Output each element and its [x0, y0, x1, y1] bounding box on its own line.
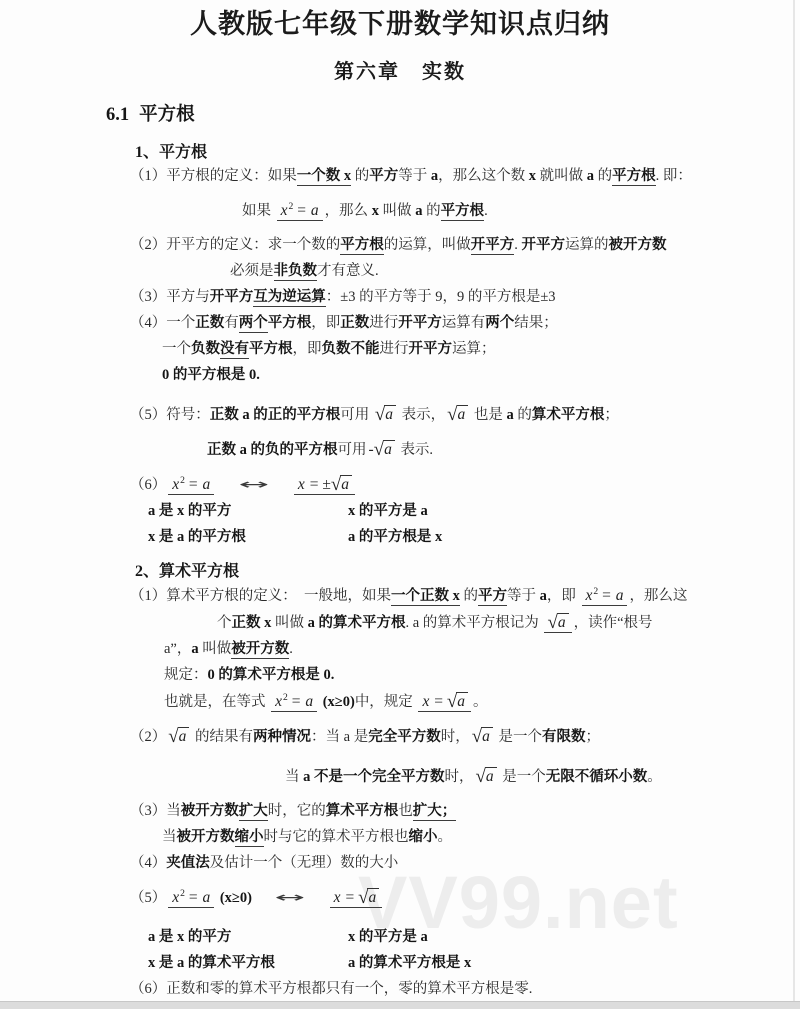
text-run: 两种情况	[253, 729, 311, 745]
text-run: a	[191, 641, 198, 657]
text-run: 负数	[191, 341, 220, 357]
text-line: （6）x2 = a↔x = ±√a	[130, 473, 780, 497]
text-run: x 的平方是 a	[348, 929, 428, 945]
text-run: 的	[351, 168, 369, 184]
text-run: 表示.	[397, 442, 433, 458]
text-run: 正数 a 的负的平方根	[207, 442, 338, 458]
text-run: 等于	[507, 588, 540, 604]
math-formula: x = √a	[330, 889, 383, 908]
text-line: 必须是非负数才有意义.	[230, 260, 780, 283]
text-run: 当	[162, 829, 177, 845]
text-run: 负数不能	[322, 341, 380, 357]
text-run: a	[540, 588, 547, 604]
double-arrow-icon: ↔	[239, 474, 270, 497]
text-run: 当	[285, 769, 303, 785]
text-line: （1）平方根的定义：如果一个数 x 的平方等于 a，那么这个数 x 就叫做 a …	[130, 165, 780, 188]
subsection-heading: 1、平方根	[135, 139, 780, 162]
text-run: 也就是，在等式	[164, 694, 269, 710]
text-run: 无限不循环小数	[546, 769, 648, 785]
text-run: 被开方数	[181, 803, 239, 819]
math-formula: √a	[375, 406, 396, 423]
text-run: 时，	[441, 729, 470, 745]
text-run: （6）	[130, 477, 166, 493]
text-run: 等于	[398, 168, 431, 184]
text-run: 两个	[485, 315, 514, 331]
text-run: 进行	[380, 341, 409, 357]
text-run: ：当 a 是	[311, 729, 368, 745]
text-run: （1）算术平方根的定义： 一般地，如果	[130, 588, 391, 604]
text-line: 也就是，在等式 x2 = a (x≥0)中，规定 x = √a。	[164, 690, 780, 714]
text-run: 才有意义.	[317, 263, 379, 279]
text-run: 表示，	[398, 407, 445, 423]
math-formula: x2 = a	[168, 476, 214, 495]
text-run: 有限数	[542, 729, 586, 745]
text-run: 夹值法	[166, 855, 210, 871]
section-heading: 6.1平方根	[106, 100, 800, 126]
text-run: 0 的算术平方根是 0.	[208, 667, 335, 683]
text-run: 平方根	[340, 237, 384, 255]
text-run: （4）一个	[130, 315, 195, 331]
text-run: x 是 a 的平方根	[148, 529, 246, 545]
math-formula: √a	[447, 406, 468, 423]
square-root-expression: √a	[358, 886, 379, 909]
text-run: 开平方	[522, 237, 566, 253]
text-run: a 的算术平方根	[308, 615, 406, 631]
text-run: 平方	[369, 168, 398, 184]
text-line: （5）x2 = a (x≥0)↔x = √a	[130, 886, 780, 910]
text-run: 非负数	[274, 263, 318, 281]
text-line: 规定：0 的算术平方根是 0.	[164, 664, 780, 687]
text-line: （6）正数和零的算术平方根都只有一个，零的算术平方根是零.	[130, 978, 780, 1001]
text-run: ，即	[547, 588, 580, 604]
two-column-line: a 是 x 的平方x 的平方是 a	[148, 500, 780, 523]
page-right-edge	[793, 0, 795, 1009]
text-line: （2）√a 的结果有两种情况：当 a 是完全平方数时，√a 是一个有限数；	[130, 725, 780, 749]
text-line: 0 的平方根是 0.	[162, 364, 780, 387]
text-run: (x≥0)	[323, 694, 355, 710]
document-body: 1、平方根（1）平方根的定义：如果一个数 x 的平方等于 a，那么这个数 x 就…	[0, 126, 800, 1001]
text-run: 完全平方数	[368, 729, 441, 745]
text-run: 个	[217, 615, 232, 631]
text-run: （3）当	[130, 803, 181, 819]
math-formula: x2 = a	[271, 693, 317, 712]
column-1: x 是 a 的平方根	[148, 526, 348, 549]
text-run: ；	[585, 729, 600, 745]
square-root-expression: √a	[375, 403, 396, 426]
text-run: (x≥0)	[220, 890, 252, 906]
square-root-expression: √a	[476, 765, 497, 788]
text-run: （2）开平方的定义：求一个数的	[130, 237, 340, 253]
math-formula: √a	[472, 728, 493, 745]
text-run: 缩小	[235, 829, 264, 847]
text-line: 个正数 x 叫做 a 的算术平方根. a 的算术平方根记为 √a，读作“根号	[217, 611, 780, 635]
text-run: 必须是	[230, 263, 274, 279]
column-2: x 的平方是 a	[348, 929, 428, 945]
text-line: a”，a 叫做被开方数.	[164, 638, 780, 661]
square-root-expression: √a	[168, 725, 189, 748]
double-arrow-icon: ↔	[275, 887, 306, 910]
text-run: . a 的算术平方根记为	[406, 615, 543, 631]
text-run: 如果	[242, 203, 275, 219]
text-run: ，那么	[325, 203, 372, 219]
text-run: （5）符号：	[130, 407, 210, 423]
text-run: 及估计一个（无理）数的大小	[210, 855, 399, 871]
text-run: （3）平方与	[130, 289, 210, 305]
text-line: 当被开方数缩小时与它的算术平方根也缩小。	[162, 826, 780, 849]
chapter-heading: 第六章 实数	[0, 55, 800, 84]
text-run: 运算；	[452, 341, 496, 357]
text-line: （1）算术平方根的定义： 一般地，如果一个正数 x 的平方等于 a，即 x2 =…	[130, 584, 780, 608]
column-2: a 的算术平方根是 x	[348, 955, 471, 971]
text-run: 平方根	[249, 341, 293, 357]
text-run: 。	[473, 694, 488, 710]
text-run: 是一个	[495, 729, 542, 745]
text-run: 时与它的算术平方根也	[264, 829, 409, 845]
text-run: 正数 a 的正的平方根	[210, 407, 341, 423]
text-run: .	[484, 203, 488, 219]
text-run: 是一个	[499, 769, 546, 785]
text-run: 算术平方根	[532, 407, 605, 423]
section-title: 平方根	[139, 105, 195, 125]
text-run: ；	[604, 407, 619, 423]
text-run: 平方根	[612, 168, 656, 186]
text-run: 被开方数	[177, 829, 235, 845]
text-run: 开平方	[471, 237, 515, 255]
text-line: （3）平方与开平方互为逆运算：±3 的平方等于 9，9 的平方根是±3	[130, 286, 780, 309]
text-run: 的	[460, 588, 478, 604]
text-run: a	[587, 168, 594, 184]
text-run: 的	[514, 407, 532, 423]
text-run: 也	[398, 803, 413, 819]
text-run: a 的算术平方根是 x	[348, 955, 471, 971]
text-run: 一个数 x	[297, 168, 351, 186]
text-run: 正数	[195, 315, 224, 331]
text-run: 正数	[340, 315, 369, 331]
text-run: 叫做	[199, 641, 232, 657]
text-run: 互为逆运算	[253, 289, 326, 307]
text-run: 开平方	[398, 315, 442, 331]
text-run: 运算有	[442, 315, 486, 331]
math-formula: x2 = a	[582, 587, 628, 606]
text-run: 也是	[470, 407, 506, 423]
text-line: （4）一个正数有两个平方根，即正数进行开平方运算有两个结果；	[130, 312, 780, 335]
text-run: ，读作“根号	[574, 615, 653, 631]
text-run: （6）正数和零的算术平方根都只有一个，零的算术平方根是零.	[130, 981, 532, 997]
text-run: 扩大	[239, 803, 268, 821]
text-run: 可用	[340, 407, 373, 423]
math-formula: x2 = a	[168, 889, 214, 908]
text-run: x 的平方是 a	[348, 503, 428, 519]
text-run: 。	[438, 829, 453, 845]
text-line: （4）夹值法及估计一个（无理）数的大小	[130, 852, 780, 875]
text-run: ，那么这	[629, 588, 687, 604]
math-formula: x = √a	[418, 693, 471, 712]
text-run: 扩大；	[413, 803, 457, 821]
math-formula: √a	[168, 728, 189, 745]
text-run: 叫做	[271, 615, 307, 631]
text-run: a 不是一个完全平方数	[303, 769, 444, 785]
text-run: 运算的	[565, 237, 609, 253]
square-root-expression: √a	[447, 403, 468, 426]
text-run: 。	[647, 769, 662, 785]
text-run: .	[289, 641, 293, 657]
math-formula: x2 = a	[277, 202, 323, 221]
text-run: 一个正数 x	[391, 588, 460, 606]
square-root-expression: √a	[447, 690, 468, 713]
text-run: 时，	[445, 769, 474, 785]
text-run: 可用	[338, 442, 367, 458]
math-formula: √a	[476, 768, 497, 785]
text-line: 正数 a 的负的平方根可用-√a 表示.	[207, 438, 780, 462]
text-run: 平方	[478, 588, 507, 606]
text-run: （2）	[130, 729, 166, 745]
square-root-expression: √a	[472, 725, 493, 748]
text-run: a”，	[164, 641, 191, 657]
text-run: 被开方数	[609, 237, 667, 253]
section-number: 6.1	[106, 105, 129, 125]
horizontal-scrollbar-track[interactable]	[0, 1001, 800, 1009]
text-run: .	[514, 237, 521, 253]
math-formula: -√a	[369, 441, 395, 458]
document-title: 人教版七年级下册数学知识点归纳	[0, 0, 800, 41]
text-run: 平方根	[268, 315, 312, 331]
text-run: 进行	[369, 315, 398, 331]
text-run: a	[507, 407, 514, 423]
text-run: ，那么这个数	[438, 168, 529, 184]
square-root-expression: √a	[374, 438, 395, 461]
two-column-line: a 是 x 的平方x 的平方是 a	[148, 926, 780, 949]
text-run: a 是 x 的平方	[148, 503, 231, 519]
text-line: 一个负数没有平方根，即负数不能进行开平方运算；	[162, 338, 780, 361]
text-run: 一个	[162, 341, 191, 357]
column-1: x 是 a 的算术平方根	[148, 952, 348, 975]
text-run: 的运算，叫做	[384, 237, 471, 253]
text-run: 就叫做	[536, 168, 587, 184]
text-line: （3）当被开方数扩大时，它的算术平方根也扩大；	[130, 800, 780, 823]
text-line: （2）开平方的定义：求一个数的平方根的运算，叫做开平方. 开平方运算的被开方数	[130, 234, 780, 257]
math-formula: √a	[544, 614, 571, 633]
text-run: 开平方	[409, 341, 453, 357]
text-run: 算术平方根	[326, 803, 399, 819]
square-root-expression: √a	[547, 611, 568, 634]
text-run: （4）	[130, 855, 166, 871]
text-line: 当 a 不是一个完全平方数时，√a 是一个无限不循环小数。	[285, 765, 780, 789]
column-2: a 的平方根是 x	[348, 529, 442, 545]
text-run: 被开方数	[231, 641, 289, 659]
square-root-expression: √a	[331, 473, 352, 496]
text-run: x 是 a 的算术平方根	[148, 955, 275, 971]
text-line: （5）符号：正数 a 的正的平方根可用 √a 表示，√a 也是 a 的算术平方根…	[130, 403, 780, 427]
column-1: a 是 x 的平方	[148, 500, 348, 523]
text-run: 结果；	[514, 315, 558, 331]
column-1: a 是 x 的平方	[148, 926, 348, 949]
text-run: x	[372, 203, 379, 219]
text-run: 时，它的	[268, 803, 326, 819]
text-run: a 是 x 的平方	[148, 929, 231, 945]
text-run: 平方根	[441, 203, 485, 221]
text-run: 两个	[239, 315, 268, 333]
math-formula: x = ±√a	[294, 476, 355, 495]
text-line: 如果 x2 = a，那么 x 叫做 a 的平方根.	[242, 199, 780, 223]
two-column-line: x 是 a 的算术平方根a 的算术平方根是 x	[148, 952, 780, 975]
text-run: 叫做	[379, 203, 415, 219]
text-run: x	[529, 168, 536, 184]
text-run: 正数 x	[232, 615, 272, 631]
text-run: ，即	[293, 341, 322, 357]
subsection-heading: 2、算术平方根	[135, 558, 780, 581]
column-2: x 的平方是 a	[348, 503, 428, 519]
two-column-line: x 是 a 的平方根a 的平方根是 x	[148, 526, 780, 549]
text-run: ，即	[311, 315, 340, 331]
text-run: 的	[594, 168, 612, 184]
text-run: 中，规定	[355, 694, 417, 710]
text-run: 0 的平方根是 0.	[162, 367, 260, 383]
text-run: 规定：	[164, 667, 208, 683]
text-run: 的	[422, 203, 440, 219]
text-run: 开平方	[210, 289, 254, 305]
text-run: （5）	[130, 890, 166, 906]
document-page: 人教版七年级下册数学知识点归纳 第六章 实数 6.1平方根 1、平方根（1）平方…	[0, 0, 800, 1009]
text-run: （1）平方根的定义：如果	[130, 168, 297, 184]
text-run: . 即：	[656, 168, 692, 184]
text-run: ：±3 的平方等于 9，9 的平方根是±3	[326, 289, 556, 305]
text-run: a 的平方根是 x	[348, 529, 442, 545]
text-run: 没有	[220, 341, 249, 359]
text-run: 有	[224, 315, 239, 331]
text-run: 的结果有	[191, 729, 253, 745]
text-run: 缩小	[409, 829, 438, 845]
